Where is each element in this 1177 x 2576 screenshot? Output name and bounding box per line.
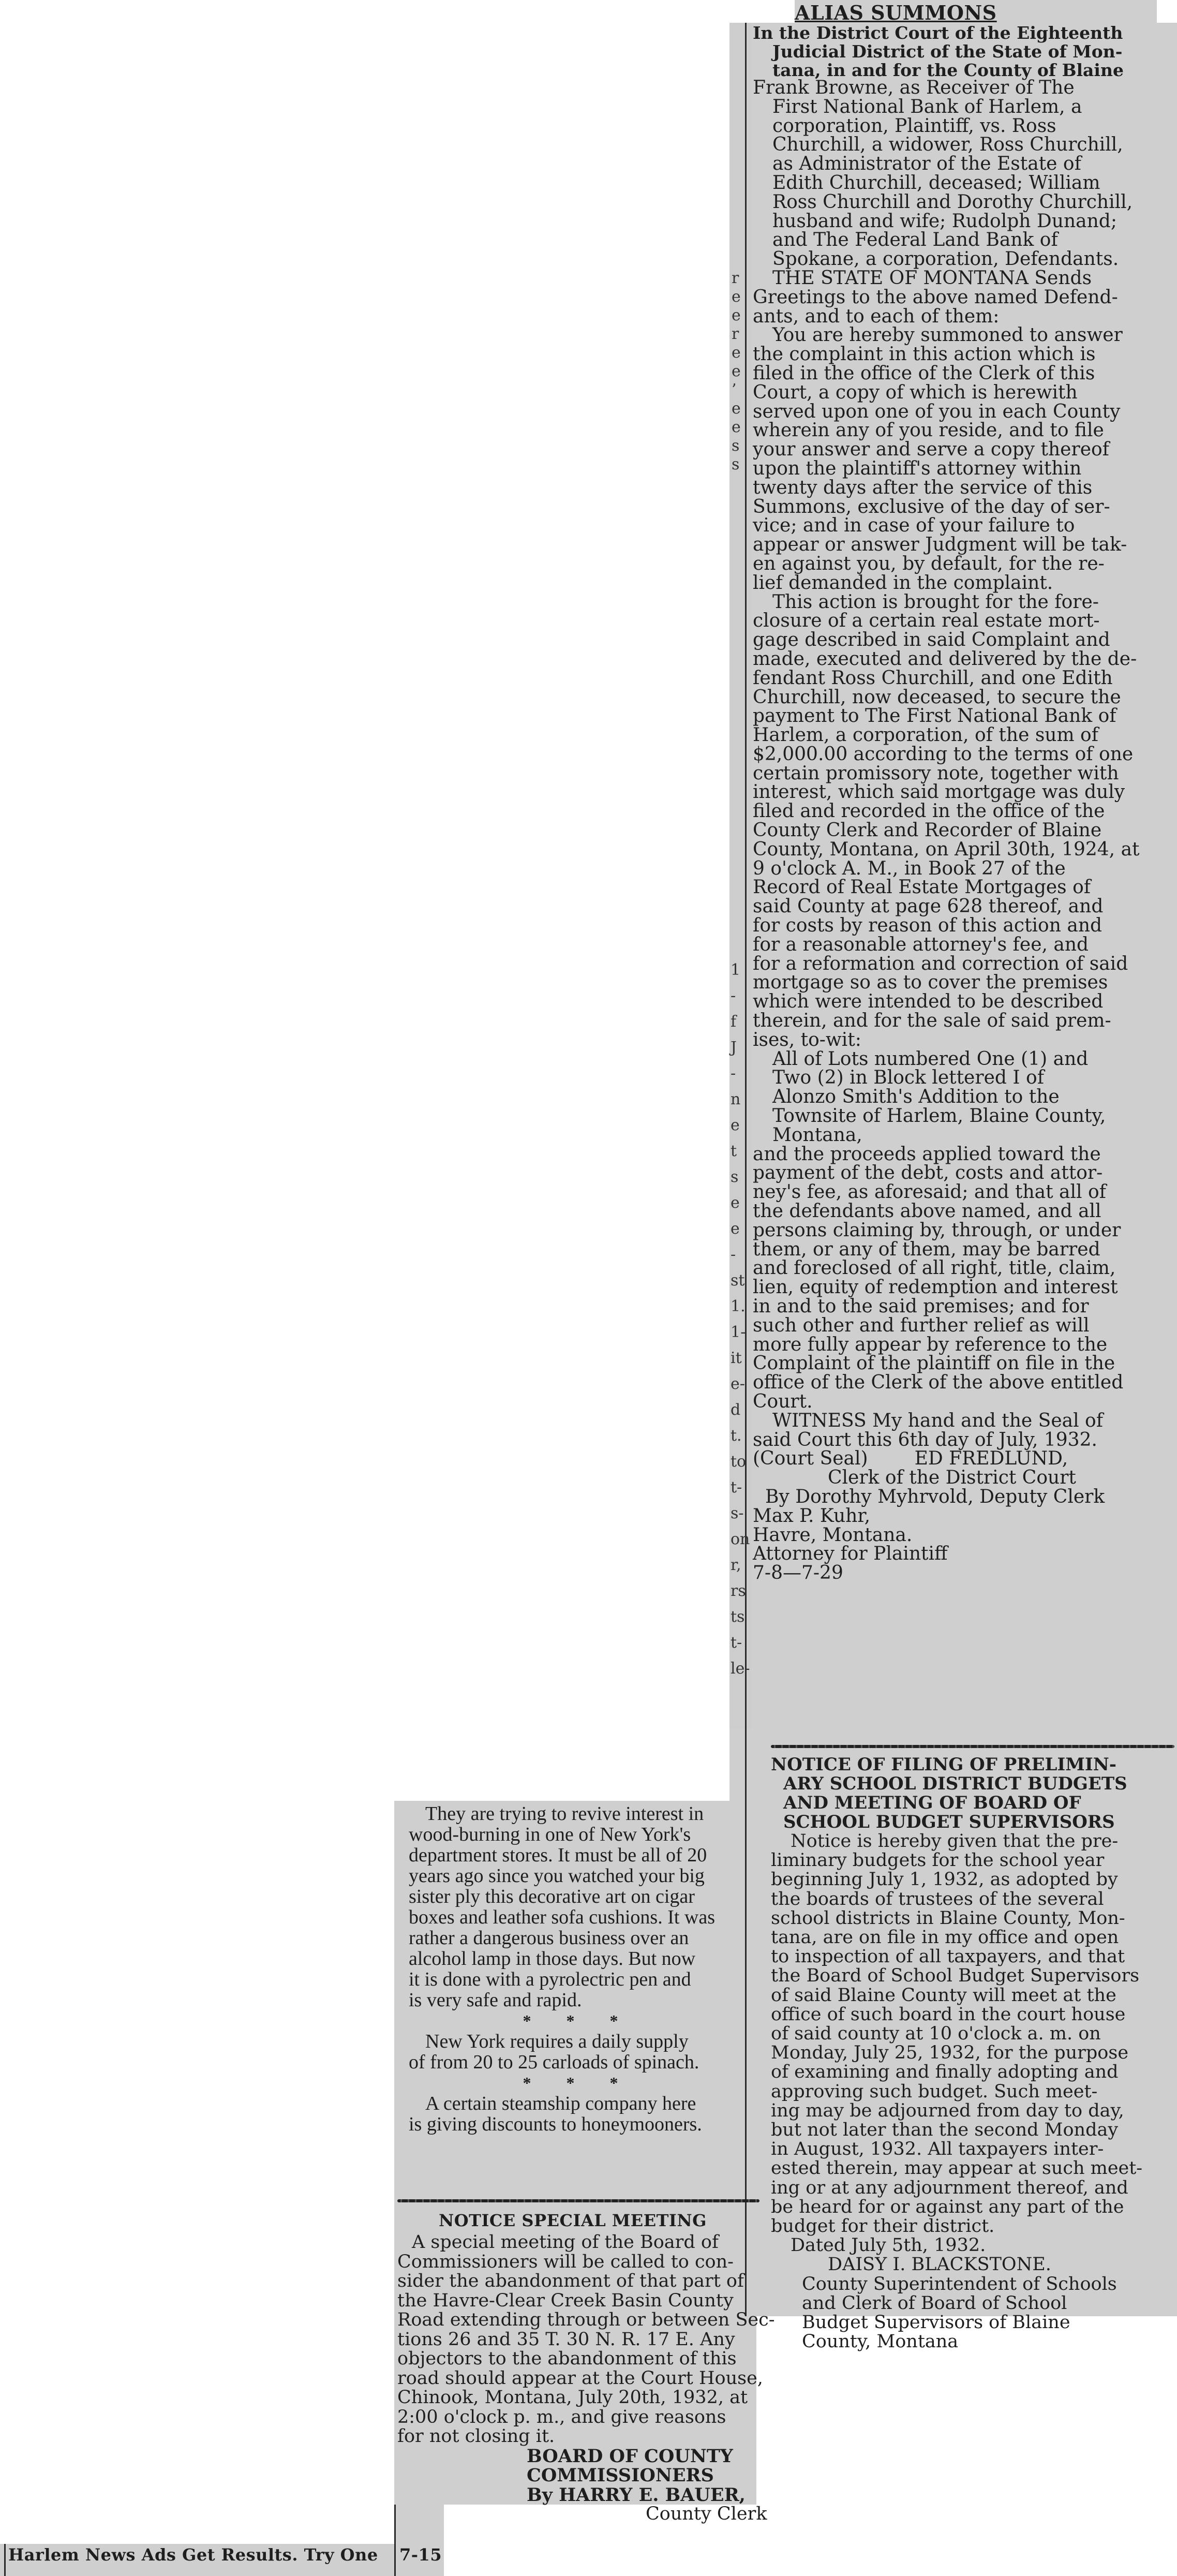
summons-line: filed in the office of the Clerk of this <box>753 364 1167 383</box>
fragment-letter: r <box>732 325 741 344</box>
property-line: All of Lots numbered One (1) and <box>753 1050 1167 1069</box>
proceeds-line: the defendants above named, and all <box>753 1202 1167 1221</box>
separator-rule <box>771 1745 1174 1748</box>
attorney-line: Max P. Kuhr, <box>753 1507 1167 1526</box>
proceeds-line: such other and further relief as will <box>753 1316 1167 1336</box>
fragment-letter: J <box>731 1035 750 1061</box>
fragment-letter: s- <box>731 1501 750 1527</box>
proceeds-line: ney's fee, as aforesaid; and that all of <box>753 1183 1167 1202</box>
proceeds-line: office of the Clerk of the above entitle… <box>753 1373 1167 1393</box>
school-body-line: liminary budgets for the school year <box>771 1851 1172 1870</box>
action-line: for costs by reason of this action and <box>753 916 1167 936</box>
summons-line: the complaint in this action which is <box>753 345 1167 364</box>
separator-rule <box>397 2199 759 2202</box>
ny-item1-line: is very safe and rapid. <box>409 1990 748 2010</box>
ny-item1-line: department stores. It must be all of 20 <box>409 1845 748 1866</box>
school-body-line: the boards of trustees of the several <box>771 1890 1172 1909</box>
fragment-letter: e <box>732 362 741 381</box>
school-body-line: school districts in Blaine County, Mon- <box>771 1909 1172 1928</box>
action-line: This action is brought for the fore- <box>753 593 1167 612</box>
signer-title-line: and Clerk of Board of School <box>771 2294 1172 2313</box>
meeting-body-line: for not closing it. <box>397 2427 757 2447</box>
fragment-letters-upper: reeree’eess <box>732 269 741 474</box>
paper-scan-join <box>729 1728 756 1801</box>
fragment-letter: 1. <box>731 1294 750 1320</box>
clerk-name: ED FREDLUND, <box>915 1448 1068 1469</box>
action-line: gage described in said Complaint and <box>753 631 1167 650</box>
proceeds-line: Court. <box>753 1393 1167 1412</box>
fragment-letter: e <box>732 344 741 362</box>
school-body-line: but not later than the second Monday <box>771 2121 1172 2140</box>
property-line: Two (2) in Block lettered I of <box>753 1069 1167 1088</box>
summons-line: twenty days after the service of this <box>753 479 1167 498</box>
meeting-body-line: road should appear at the Court House, <box>397 2369 757 2389</box>
meeting-body-line: objectors to the abandonment of this <box>397 2349 757 2369</box>
school-body-line: of said Blaine County will meet at the <box>771 1986 1172 2005</box>
ny-item1-line: boxes and leather sofa cushions. It was <box>409 1907 748 1928</box>
meeting-signature-line: BOARD OF COUNTY <box>397 2447 757 2466</box>
fragment-letter: t <box>731 1138 750 1164</box>
item-separator: * * * <box>409 2072 748 2093</box>
action-line: which were intended to be described <box>753 993 1167 1012</box>
action-line: mortgage so as to cover the premises <box>753 973 1167 993</box>
fragment-letter: f <box>731 1009 750 1035</box>
proceeds-line: and the proceeds applied toward the <box>753 1145 1167 1164</box>
fragment-letter: 1- <box>731 1320 750 1345</box>
fragment-letter: s <box>732 437 741 455</box>
school-body-line: be heard for or against any part of the <box>771 2198 1172 2217</box>
school-body-line: of examining and finally adopting and <box>771 2063 1172 2082</box>
proceeds-line: Complaint of the plaintiff on file in th… <box>753 1354 1167 1373</box>
clerk-title: Clerk of the District Court <box>753 1469 1167 1488</box>
ny-item3-line: A certain steamship company here <box>409 2093 748 2114</box>
fragment-letter: le- <box>731 1656 750 1682</box>
court-seal-label: (Court Seal) <box>753 1448 868 1469</box>
action-line: therein, and for the sale of said prem- <box>753 1012 1167 1031</box>
alias-summons-body: Frank Browne, as Receiver of TheFirst Na… <box>753 79 1167 1583</box>
meeting-body-line: sider the abandonment of that part of <box>397 2272 757 2291</box>
signer-name: DAISY I. BLACKSTONE. <box>771 2255 1172 2274</box>
fragment-letter: rs <box>731 1578 750 1604</box>
parties-line: husband and wife; Rudolph Dunand; <box>753 212 1167 231</box>
proceeds-line: more fully appear by reference to the <box>753 1336 1167 1355</box>
greeting-line: THE STATE OF MONTANA Sends <box>753 269 1167 288</box>
meeting-body-line: tions 26 and 35 T. 30 N. R. 17 E. Any <box>397 2330 757 2350</box>
summons-line: en against you, by default, for the re- <box>753 555 1167 574</box>
fragment-letter: ’ <box>732 381 741 399</box>
action-line: ises, to-wit: <box>753 1031 1167 1050</box>
fragment-letter: e <box>732 288 741 306</box>
parties-line: and The Federal Land Bank of <box>753 231 1167 250</box>
school-body-line: ested therein, may appear at such meet- <box>771 2159 1172 2178</box>
action-line: payment to The First National Bank of <box>753 707 1167 726</box>
item-separator: * * * <box>409 2010 748 2031</box>
parties-line: corporation, Plaintiff, vs. Ross <box>753 117 1167 136</box>
property-line: Townsite of Harlem, Blaine County, <box>753 1107 1167 1126</box>
fragment-letter: r <box>732 269 741 288</box>
proceeds-line: persons claiming by, through, or under <box>753 1221 1167 1240</box>
ny-item2-line: New York requires a daily supply <box>409 2031 748 2052</box>
ny-item1-line: sister ply this decorative art on cigar <box>409 1886 748 1907</box>
column-rule-bottom <box>394 2505 396 2576</box>
summons-line: upon the plaintiff's attorney within <box>753 460 1167 479</box>
meeting-body-line: Commissioners will be called to con- <box>397 2253 757 2272</box>
fragment-letters-middle: 1-fJ-netsee-st1.1-ite-dt.tot-s-onr,rstst… <box>731 957 750 1682</box>
harlem-news-ad-slogan: Harlem News Ads Get Results. Try One <box>8 2545 378 2565</box>
witness-line: WITNESS My hand and the Seal of <box>753 1412 1167 1431</box>
meeting-body-line: Road extending through or between Sec- <box>397 2311 757 2330</box>
ny-item1-line: They are trying to revive interest in <box>409 1803 748 1824</box>
ny-item2-line: of from 20 to 25 carloads of spinach. <box>409 2052 748 2072</box>
ny-item1-line: wood-burning in one of New York's <box>409 1824 748 1845</box>
signer-title-line: County Superintendent of Schools <box>771 2275 1172 2294</box>
action-line: filed and recorded in the office of the <box>753 802 1167 821</box>
summons-line: You are hereby summoned to answer <box>753 326 1167 345</box>
column-rule-left <box>4 2544 6 2576</box>
fragment-letter: 1 <box>731 957 750 983</box>
action-line: Record of Real Estate Mortgages of <box>753 878 1167 897</box>
proceeds-line: lien, equity of redemption and interest <box>753 1278 1167 1297</box>
fragment-letter: e <box>731 1113 750 1138</box>
action-line: 9 o'clock A. M., in Book 27 of the <box>753 860 1167 879</box>
proceeds-line: in and to the said premises; and for <box>753 1297 1167 1316</box>
fragment-letter: it <box>731 1345 750 1371</box>
school-body-line: Notice is hereby given that the pre- <box>771 1832 1172 1851</box>
fragment-letter: d <box>731 1397 750 1423</box>
school-body-line: office of such board in the court house <box>771 2005 1172 2024</box>
signer-title-line: Budget Supervisors of Blaine <box>771 2313 1172 2332</box>
school-title-line: AND MEETING OF BOARD OF <box>771 1794 1174 1813</box>
school-body-line: Monday, July 25, 1932, for the purpose <box>771 2044 1172 2063</box>
meeting-body-line: Chinook, Montana, July 20th, 1932, at <box>397 2388 757 2408</box>
special-meeting-title: NOTICE SPECIAL MEETING <box>439 2211 707 2230</box>
action-line: County, Montana, on April 30th, 1924, at <box>753 840 1167 860</box>
fragment-letter: - <box>731 1242 750 1268</box>
proceeds-line: and foreclosed of all right, title, clai… <box>753 1259 1167 1278</box>
school-budget-notice-body: Notice is hereby given that the pre-limi… <box>771 1832 1172 2351</box>
school-body-line: tana, are on file in my office and open <box>771 1928 1172 1947</box>
proceeds-line: them, or any of them, may be barred <box>753 1240 1167 1260</box>
fragment-letter: r, <box>731 1552 750 1578</box>
parties-line: First National Bank of Harlem, a <box>753 98 1167 117</box>
fragment-letter: e <box>732 306 741 325</box>
court-heading-line: Judicial District of the State of Mon- <box>753 42 1167 61</box>
witness-line: said Court this 6th day of July, 1932. <box>753 1431 1167 1450</box>
action-line: said County at page 628 thereof, and <box>753 897 1167 916</box>
new-york-items: They are trying to revive interest inwoo… <box>409 1803 748 2135</box>
signer-title-line: County, Montana <box>771 2332 1172 2351</box>
attorney-line: Havre, Montana. <box>753 1526 1167 1545</box>
fragment-letter: st <box>731 1268 750 1294</box>
ny-item1-line: years ago since you watched your big <box>409 1866 748 1886</box>
seal-and-clerk-line: (Court Seal)ED FREDLUND, <box>753 1449 1167 1469</box>
summons-line: vice; and in case of your failure to <box>753 516 1167 536</box>
school-body-line: ing may be adjourned from day to day, <box>771 2101 1172 2121</box>
alias-summons-title: ALIAS SUMMONS <box>795 1 997 24</box>
action-line: interest, which said mortgage was duly <box>753 783 1167 802</box>
greeting-line: Greetings to the above named Defend- <box>753 288 1167 307</box>
action-line: made, executed and delivered by the de- <box>753 650 1167 669</box>
fragment-letter: t- <box>731 1630 750 1656</box>
ny-item1-line: it is done with a pyrolectric pen and <box>409 1969 748 1990</box>
action-line: closure of a certain real estate mort- <box>753 612 1167 631</box>
action-line: County Clerk and Recorder of Blaine <box>753 821 1167 840</box>
school-title-line: ARY SCHOOL DISTRICT BUDGETS <box>771 1774 1174 1794</box>
parties-line: Ross Churchill and Dorothy Churchill, <box>753 193 1167 212</box>
school-budget-notice-title: NOTICE OF FILING OF PRELIMIN-ARY SCHOOL … <box>771 1755 1174 1832</box>
property-line: Montana, <box>753 1126 1167 1145</box>
summons-line: lief demanded in the complaint. <box>753 574 1167 593</box>
summons-line: Summons, exclusive of the day of ser- <box>753 498 1167 517</box>
school-body-line: beginning July 1, 1932, as adopted by <box>771 1870 1172 1889</box>
meeting-body-line: the Havre-Clear Creek Basin County <box>397 2291 757 2311</box>
school-body-line: ing or at any adjournment thereof, and <box>771 2179 1172 2198</box>
fragment-letter: e <box>732 418 741 437</box>
summons-line: Court, a copy of which is herewith <box>753 383 1167 403</box>
action-line: $2,000.00 according to the terms of one <box>753 745 1167 764</box>
meeting-body-line: A special meeting of the Board of <box>397 2233 757 2253</box>
fragment-letter: to <box>731 1449 750 1475</box>
school-body-line: of said county at 10 o'clock a. m. on <box>771 2024 1172 2044</box>
fragment-letter: ts <box>731 1604 750 1630</box>
fragment-letter: e- <box>731 1371 750 1397</box>
action-line: certain promissory note, together with <box>753 764 1167 783</box>
school-body-line: budget for their district. <box>771 2217 1172 2236</box>
school-title-line: SCHOOL BUDGET SUPERVISORS <box>771 1813 1174 1832</box>
fragment-letter: e <box>731 1190 750 1216</box>
run-date-7-15: 7-15 <box>399 2545 442 2565</box>
special-meeting-body: A special meeting of the Board ofCommiss… <box>397 2233 757 2524</box>
court-heading-line: In the District Court of the Eighteenth <box>753 24 1167 42</box>
action-line: Harlem, a corporation, of the sum of <box>753 726 1167 745</box>
parties-line: as Administrator of the Estate of <box>753 155 1167 174</box>
school-body-line: the Board of School Budget Supervisors <box>771 1966 1172 1986</box>
ny-item3-line: is giving discounts to honeymooners. <box>409 2114 748 2135</box>
proceeds-line: payment of the debt, costs and attor- <box>753 1164 1167 1183</box>
parties-line: Churchill, a widower, Ross Churchill, <box>753 136 1167 155</box>
court-heading: In the District Court of the Eighteenth … <box>753 24 1167 80</box>
summons-line: wherein any of you reside, and to file <box>753 421 1167 440</box>
parties-line: Edith Churchill, deceased; William <box>753 174 1167 193</box>
action-line: fendant Ross Churchill, and one Edith <box>753 669 1167 688</box>
summons-line: served upon one of you in each County <box>753 403 1167 422</box>
greeting-line: ants, and to each of them: <box>753 307 1167 327</box>
school-body-line: in August, 1932. All taxpayers inter- <box>771 2140 1172 2159</box>
action-line: Churchill, now deceased, to secure the <box>753 688 1167 707</box>
ny-item1-line: alcohol lamp in those days. But now <box>409 1948 748 1969</box>
fragment-letter: n <box>731 1087 750 1113</box>
school-title-line: NOTICE OF FILING OF PRELIMIN- <box>771 1755 1174 1774</box>
fragment-letter: - <box>731 983 750 1009</box>
summons-line: appear or answer Judgment will be tak- <box>753 536 1167 555</box>
fragment-letter: s <box>731 1164 750 1190</box>
meeting-signature-line: By HARRY E. BAUER, <box>397 2485 757 2505</box>
fragment-letter: - <box>731 1061 750 1087</box>
fragment-letter: t- <box>731 1475 750 1501</box>
fragment-letter: t. <box>731 1423 750 1449</box>
school-body-line: to inspection of all taxpayers, and that <box>771 1947 1172 1966</box>
meeting-signature-line: COMMISSIONERS <box>397 2466 757 2485</box>
fragment-letter: e <box>731 1216 750 1242</box>
fragment-letter: e <box>732 399 741 418</box>
property-line: Alonzo Smith's Addition to the <box>753 1088 1167 1107</box>
summons-line: your answer and serve a copy thereof <box>753 440 1167 460</box>
meeting-body-line: 2:00 o'clock p. m., and give reasons <box>397 2408 757 2427</box>
parties-line: Frank Browne, as Receiver of The <box>753 79 1167 98</box>
deputy-line: By Dorothy Myhrvold, Deputy Clerk <box>753 1488 1167 1507</box>
action-line: for a reformation and correction of said <box>753 955 1167 974</box>
action-line: for a reasonable attorney's fee, and <box>753 936 1167 955</box>
dated-line: Dated July 5th, 1932. <box>771 2236 1172 2255</box>
meeting-signer-title: County Clerk <box>397 2505 757 2524</box>
ny-item1-line: rather a dangerous business over an <box>409 1928 748 1948</box>
school-body-line: approving such budget. Such meet- <box>771 2082 1172 2101</box>
attorney-line: Attorney for Plaintiff <box>753 1545 1167 1564</box>
fragment-letter: on <box>731 1527 750 1552</box>
fragment-letter: s <box>732 455 741 474</box>
run-dates: 7-8—7-29 <box>753 1564 1167 1583</box>
parties-line: Spokane, a corporation, Defendants. <box>753 250 1167 269</box>
